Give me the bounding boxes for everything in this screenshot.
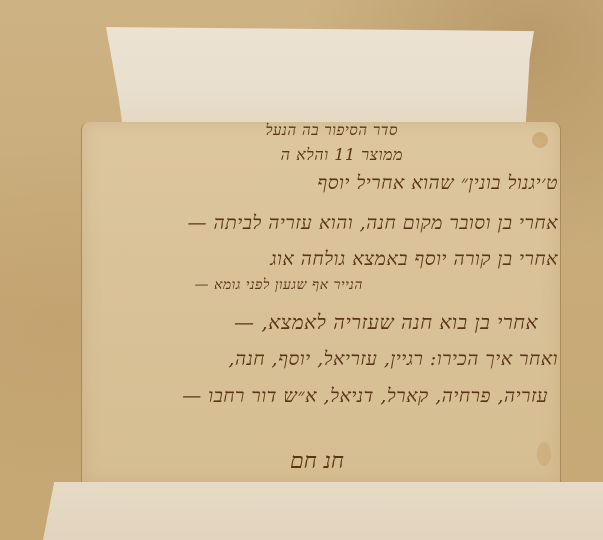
bottom-tape-strip — [43, 482, 603, 540]
text-line-9: עזריה, פרחיה, קארל, דניאל, א״ש דור רחבו … — [182, 385, 548, 408]
stain — [532, 132, 548, 148]
signature: חנ חם — [290, 448, 344, 474]
text-line-1: סדר הסיפור בה הנעל — [266, 121, 398, 140]
text-line-7: אחרי בן בוא חנה שעזריה לאמצא, — — [234, 310, 538, 335]
text-line-3: ט׳יגנול בונין״ שהוא אחריל יוסף — [317, 172, 558, 195]
text-line-8: ואחר איך הכירו: רגיין, עזריאל, יוסף, חנה… — [228, 348, 558, 371]
text-line-2: ממוצר 11 והלא ה — [281, 145, 403, 165]
top-tape-strip — [106, 27, 534, 130]
text-line-5: אחרי בן קורה יוסף באמצא גולחה אוג — [270, 248, 558, 271]
stain — [537, 442, 551, 466]
text-line-4: אחרי בן וסובר מקום חנה, והוא עזריה לביתה… — [187, 212, 558, 235]
text-line-6: הנייר אף שגעון לפני גומא — — [195, 277, 364, 294]
